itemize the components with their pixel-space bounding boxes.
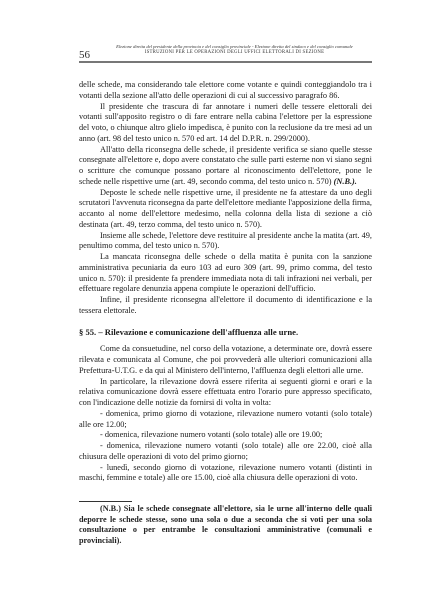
list-item: - domenica, rilevazione numero votanti (…: [79, 430, 372, 441]
paragraph: In particolare, la rilevazione dovrà ess…: [79, 377, 372, 409]
body-text: delle schede, ma considerando tale elett…: [79, 80, 372, 484]
footnote-divider: [79, 501, 132, 502]
running-header: 56 Elezione diretta del presidente della…: [79, 44, 372, 62]
footnote-reference: (N.B.).: [334, 177, 357, 186]
paragraph-text: All'atto della riconsegna delle schede, …: [79, 145, 372, 186]
paragraph: Infine, il presidente riconsegna all'ele…: [79, 295, 372, 317]
paragraph: Deposte le schede nelle rispettive urne,…: [79, 188, 372, 231]
document-page: 56 Elezione diretta del presidente della…: [79, 0, 372, 600]
footnote-text: (N.B.) Sia le schede consegnate all'elet…: [79, 504, 372, 546]
page-number: 56: [79, 49, 90, 61]
list-item: - domenica, rilevazione numero votanti (…: [79, 441, 372, 463]
paragraph: Il presidente che trascura di far annota…: [79, 102, 372, 145]
list-item: - lunedì, secondo giorno di votazione, r…: [79, 463, 372, 485]
section-heading: § 55. – Rilevazione e comunicazione dell…: [79, 327, 372, 338]
footnote: (N.B.) Sia le schede consegnate all'elet…: [79, 504, 372, 546]
list-item: - domenica, primo giorno di votazione, r…: [79, 409, 372, 431]
paragraph: Come da consuetudine, nel corso della vo…: [79, 344, 372, 376]
paragraph: delle schede, ma considerando tale elett…: [79, 80, 372, 102]
paragraph: Insieme alle schede, l'elettore deve res…: [79, 231, 372, 253]
paragraph: All'atto della riconsegna delle schede, …: [79, 145, 372, 188]
header-divider: [79, 61, 372, 63]
paragraph: La mancata riconsegna delle schede o del…: [79, 252, 372, 295]
header-title: ISTRUZIONI PER LE OPERAZIONI DEGLI UFFIC…: [97, 50, 372, 56]
header-titles: Elezione diretta del presidente della pr…: [97, 44, 372, 56]
